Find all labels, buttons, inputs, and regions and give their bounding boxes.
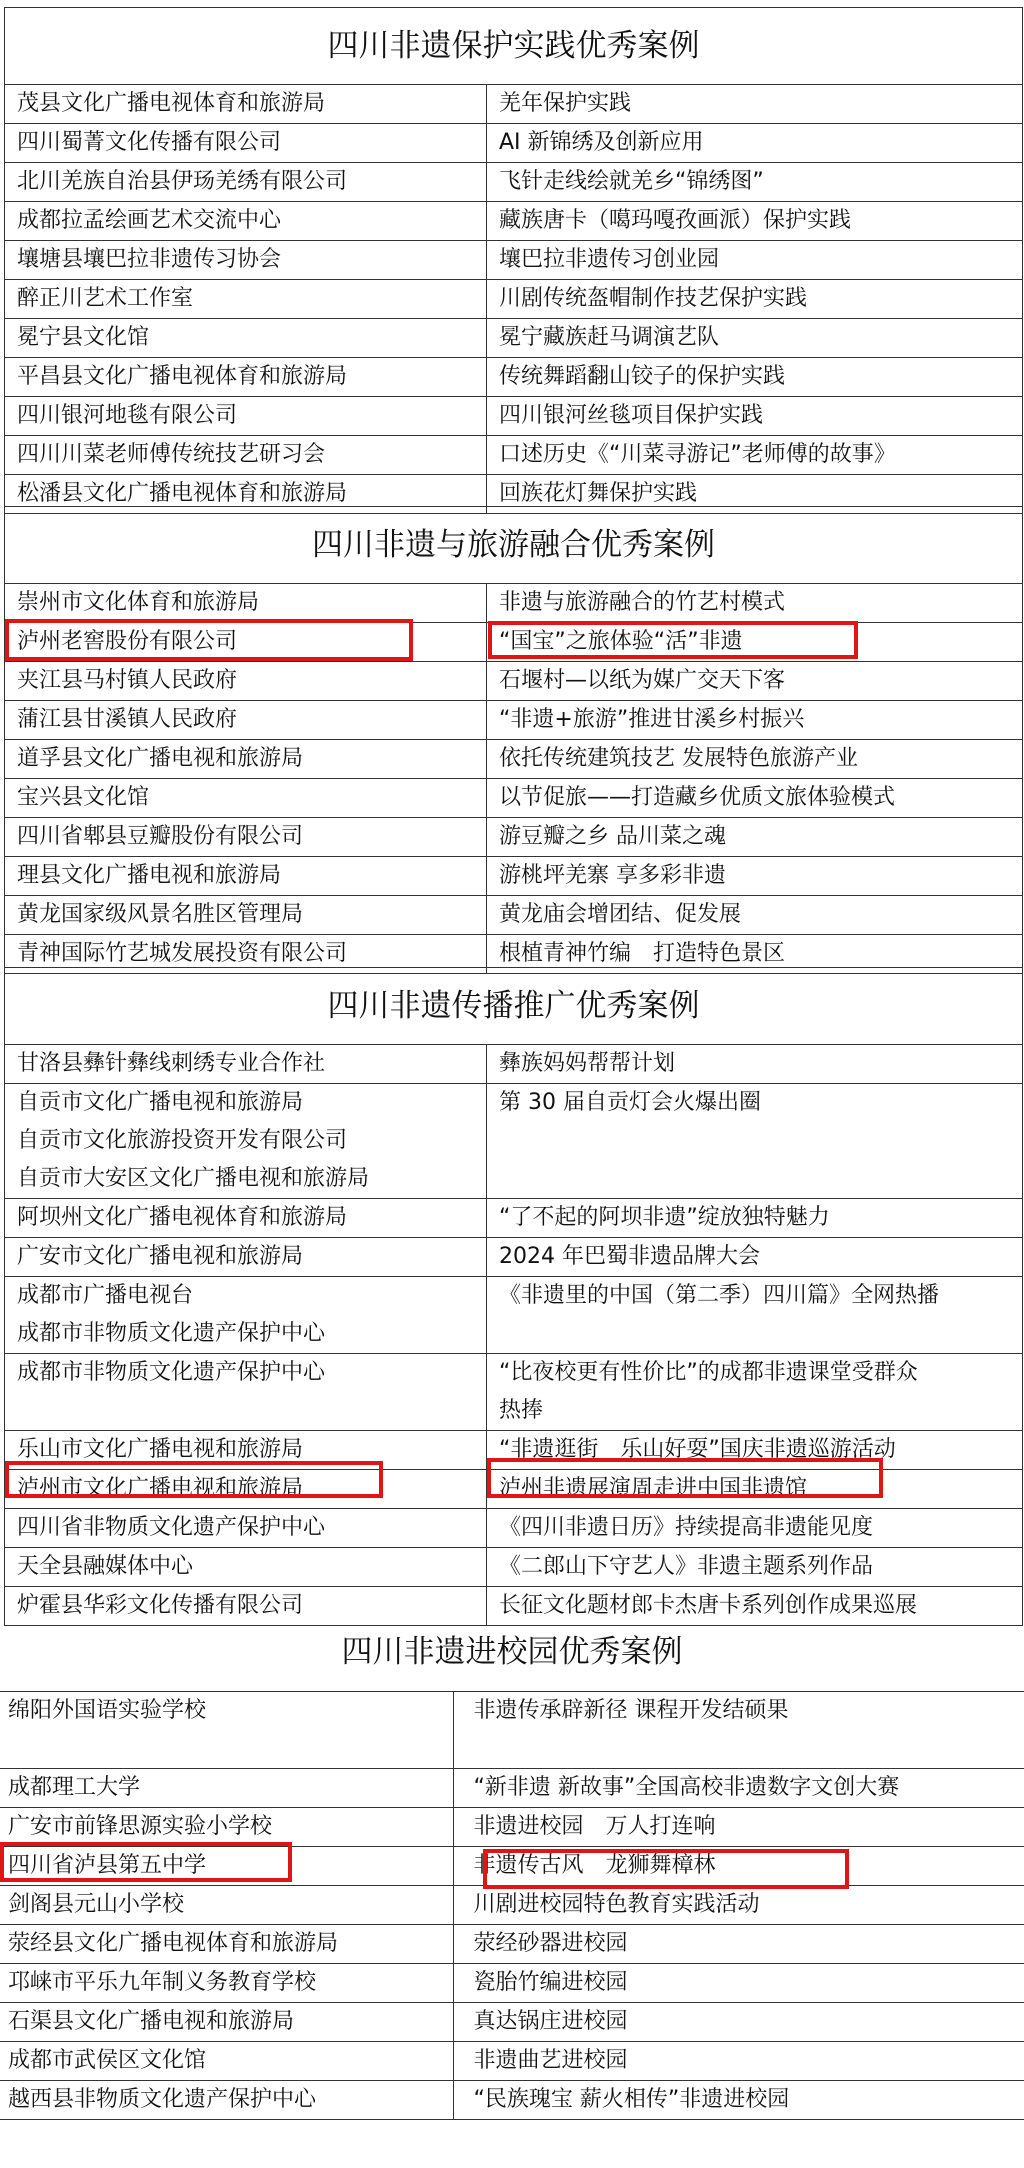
table-row: 蒲江县甘溪镇人民政府“非遗+旅游”推进甘溪乡村振兴 <box>5 701 1023 740</box>
table-row: 阿坝州文化广播电视体育和旅游局“了不起的阿坝非遗”绽放独特魅力 <box>5 1199 1023 1238</box>
org-line: 成都市广播电视台 <box>17 1277 486 1315</box>
table-row: 四川蜀菁文化传播有限公司AI 新锦绣及创新应用 <box>5 124 1023 163</box>
table-row: 自贡市文化广播电视和旅游局 自贡市文化旅游投资开发有限公司 自贡市大安区文化广播… <box>5 1084 1023 1199</box>
project-cell: 瓷胎竹编进校园 <box>453 1964 1024 2003</box>
project-cell: 石堰村—以纸为媒广交天下客 <box>487 662 1023 701</box>
org-cell: 壤塘县壤巴拉非遗传习协会 <box>5 241 487 280</box>
org-cell: 广安市前锋思源实验小学校 <box>0 1808 453 1847</box>
org-cell: 宝兴县文化馆 <box>5 779 487 818</box>
table-row: 石渠县文化广播电视和旅游局真达锅庄进校园 <box>0 2003 1024 2042</box>
table-row-highlighted: 泸州老窖股份有限公司“国宝”之旅体验“活”非遗 <box>5 623 1023 662</box>
table-row: 醉正川艺术工作室川剧传统盔帽制作技艺保护实践 <box>5 280 1023 319</box>
org-cell: 崇州市文化体育和旅游局 <box>5 584 487 623</box>
project-cell: 非遗曲艺进校园 <box>453 2042 1024 2081</box>
project-cell: “新非遗 新故事”全国高校非遗数字文创大赛 <box>453 1769 1024 1808</box>
table-row-highlighted: 泸州市文化广播电视和旅游局泸州非遗展演周走进中国非遗馆 <box>5 1470 1023 1509</box>
org-cell: 成都理工大学 <box>0 1769 453 1808</box>
org-cell: 越西县非物质文化遗产保护中心 <box>0 2081 453 2120</box>
project-cell: 游桃坪羌寨 享多彩非遗 <box>487 857 1023 896</box>
org-cell: 北川羌族自治县伊玚羌绣有限公司 <box>5 163 487 202</box>
project-cell: “了不起的阿坝非遗”绽放独特魅力 <box>487 1199 1023 1238</box>
project-line: 热捧 <box>499 1392 1022 1430</box>
table-row: 成都市武侯区文化馆非遗曲艺进校园 <box>0 2042 1024 2081</box>
org-cell: 成都市武侯区文化馆 <box>0 2042 453 2081</box>
table-row: 广安市前锋思源实验小学校非遗进校园 万人打连响 <box>0 1808 1024 1847</box>
table-row: 甘洛县彝针彝线刺绣专业合作社彝族妈妈帮帮计划 <box>5 1045 1023 1084</box>
section-title: 四川非遗进校园优秀案例 <box>0 1614 1024 1691</box>
table-row: 理县文化广播电视和旅游局游桃坪羌寨 享多彩非遗 <box>5 857 1023 896</box>
org-cell: 四川省非物质文化遗产保护中心 <box>5 1509 487 1548</box>
table-dissemination-promotion: 四川非遗传播推广优秀案例 甘洛县彝针彝线刺绣专业合作社彝族妈妈帮帮计划 自贡市文… <box>4 967 1023 1626</box>
project-cell: 口述历史《“川菜寻游记”老师傅的故事》 <box>487 436 1023 475</box>
org-cell: 阿坝州文化广播电视体育和旅游局 <box>5 1199 487 1238</box>
table-row: 宝兴县文化馆以节促旅——打造藏乡优质文旅体验模式 <box>5 779 1023 818</box>
org-line: 自贡市文化广播电视和旅游局 <box>17 1084 486 1122</box>
project-line: “比夜校更有性价比”的成都非遗课堂受群众 <box>499 1354 1022 1392</box>
project-cell: 《二郎山下守艺人》非遗主题系列作品 <box>487 1548 1023 1587</box>
org-cell: 四川蜀菁文化传播有限公司 <box>5 124 487 163</box>
org-cell: 乐山市文化广播电视和旅游局 <box>5 1431 487 1470</box>
project-cell: 第 30 届自贡灯会火爆出圈 <box>487 1084 1023 1199</box>
org-cell: 邛崃市平乐九年制义务教育学校 <box>0 1964 453 2003</box>
project-line: 《非遗里的中国（第二季）四川篇》全网热播 <box>499 1277 1022 1315</box>
project-cell: 非遗传古风 龙狮舞樟林 <box>453 1847 1024 1886</box>
org-cell: 四川省泸县第五中学 <box>0 1847 453 1886</box>
org-cell: 成都拉孟绘画艺术交流中心 <box>5 202 487 241</box>
section-title: 四川非遗保护实践优秀案例 <box>5 8 1023 85</box>
org-cell: 天全县融媒体中心 <box>5 1548 487 1587</box>
project-cell: 以节促旅——打造藏乡优质文旅体验模式 <box>487 779 1023 818</box>
project-cell: “非遗+旅游”推进甘溪乡村振兴 <box>487 701 1023 740</box>
project-cell: 依托传统建筑技艺 发展特色旅游产业 <box>487 740 1023 779</box>
org-cell: 四川银河地毯有限公司 <box>5 397 487 436</box>
project-cell: 《四川非遗日历》持续提高非遗能见度 <box>487 1509 1023 1548</box>
table-row: 成都市非物质文化遗产保护中心 “比夜校更有性价比”的成都非遗课堂受群众 热捧 <box>5 1354 1023 1431</box>
project-cell: 川剧传统盔帽制作技艺保护实践 <box>487 280 1023 319</box>
project-cell: 羌年保护实践 <box>487 85 1023 124</box>
project-cell: “比夜校更有性价比”的成都非遗课堂受群众 热捧 <box>487 1354 1023 1431</box>
org-cell: 蒲江县甘溪镇人民政府 <box>5 701 487 740</box>
org-cell: 冕宁县文化馆 <box>5 319 487 358</box>
org-cell: 广安市文化广播电视和旅游局 <box>5 1238 487 1277</box>
section-title: 四川非遗与旅游融合优秀案例 <box>5 507 1023 584</box>
org-cell: 道孚县文化广播电视和旅游局 <box>5 740 487 779</box>
project-cell: 黄龙庙会增团结、促发展 <box>487 896 1023 935</box>
table-row: 剑阁县元山小学校川剧进校园特色教育实践活动 <box>0 1886 1024 1925</box>
section-title: 四川非遗传播推广优秀案例 <box>5 968 1023 1045</box>
table-row: 荥经县文化广播电视体育和旅游局荥经砂器进校园 <box>0 1925 1024 1964</box>
org-line: 自贡市大安区文化广播电视和旅游局 <box>17 1160 486 1198</box>
project-cell: 非遗与旅游融合的竹艺村模式 <box>487 584 1023 623</box>
project-cell: 荥经砂器进校园 <box>453 1925 1024 1964</box>
org-cell: 石渠县文化广播电视和旅游局 <box>0 2003 453 2042</box>
project-line: 第 30 届自贡灯会火爆出圈 <box>499 1084 1022 1122</box>
project-cell: 冕宁藏族赶马调演艺队 <box>487 319 1023 358</box>
table-row: 北川羌族自治县伊玚羌绣有限公司飞针走线绘就羌乡“锦绣图” <box>5 163 1023 202</box>
org-cell: 荥经县文化广播电视体育和旅游局 <box>0 1925 453 1964</box>
table-row: 茂县文化广播电视体育和旅游局羌年保护实践 <box>5 85 1023 124</box>
project-cell: “国宝”之旅体验“活”非遗 <box>487 623 1023 662</box>
project-cell: “非遗逛街 乐山好耍”国庆非遗巡游活动 <box>487 1431 1023 1470</box>
org-cell: 甘洛县彝针彝线刺绣专业合作社 <box>5 1045 487 1084</box>
org-cell: 自贡市文化广播电视和旅游局 自贡市文化旅游投资开发有限公司 自贡市大安区文化广播… <box>5 1084 487 1199</box>
org-line: 成都市非物质文化遗产保护中心 <box>17 1354 486 1392</box>
project-cell: 藏族唐卡（噶玛嘎孜画派）保护实践 <box>487 202 1023 241</box>
org-cell: 黄龙国家级风景名胜区管理局 <box>5 896 487 935</box>
table-row: 夹江县马村镇人民政府石堰村—以纸为媒广交天下客 <box>5 662 1023 701</box>
project-cell: “民族瑰宝 薪火相传”非遗进校园 <box>453 2081 1024 2120</box>
project-cell: 真达锅庄进校园 <box>453 2003 1024 2042</box>
project-cell: 壤巴拉非遗传习创业园 <box>487 241 1023 280</box>
table-row: 绵阳外国语实验学校非遗传承辟新径 课程开发结硕果 <box>0 1692 1024 1769</box>
org-line: 自贡市文化旅游投资开发有限公司 <box>17 1122 486 1160</box>
table-row-highlighted: 四川省泸县第五中学非遗传古风 龙狮舞樟林 <box>0 1847 1024 1886</box>
org-cell: 泸州市文化广播电视和旅游局 <box>5 1470 487 1509</box>
table-row: 黄龙国家级风景名胜区管理局黄龙庙会增团结、促发展 <box>5 896 1023 935</box>
table-row: 广安市文化广播电视和旅游局2024 年巴蜀非遗品牌大会 <box>5 1238 1023 1277</box>
project-cell: 游豆瓣之乡 品川菜之魂 <box>487 818 1023 857</box>
project-cell: 彝族妈妈帮帮计划 <box>487 1045 1023 1084</box>
org-cell: 醉正川艺术工作室 <box>5 280 487 319</box>
project-cell: 非遗传承辟新径 课程开发结硕果 <box>453 1692 1024 1769</box>
table-row: 平昌县文化广播电视体育和旅游局传统舞蹈翻山铰子的保护实践 <box>5 358 1023 397</box>
org-cell: 理县文化广播电视和旅游局 <box>5 857 487 896</box>
org-line: 成都市非物质文化遗产保护中心 <box>17 1315 486 1353</box>
project-cell: 泸州非遗展演周走进中国非遗馆 <box>487 1470 1023 1509</box>
project-cell: 传统舞蹈翻山铰子的保护实践 <box>487 358 1023 397</box>
table-tourism-integration: 四川非遗与旅游融合优秀案例 崇州市文化体育和旅游局非遗与旅游融合的竹艺村模式 泸… <box>4 506 1023 974</box>
table-row: 成都理工大学“新非遗 新故事”全国高校非遗数字文创大赛 <box>0 1769 1024 1808</box>
org-cell: 绵阳外国语实验学校 <box>0 1692 453 1769</box>
table-campus: 绵阳外国语实验学校非遗传承辟新径 课程开发结硕果 成都理工大学“新非遗 新故事”… <box>0 1691 1024 2120</box>
table-row: 四川银河地毯有限公司四川银河丝毯项目保护实践 <box>5 397 1023 436</box>
project-cell: 《非遗里的中国（第二季）四川篇》全网热播 <box>487 1277 1023 1354</box>
project-cell: 川剧进校园特色教育实践活动 <box>453 1886 1024 1925</box>
table-row: 邛崃市平乐九年制义务教育学校瓷胎竹编进校园 <box>0 1964 1024 2003</box>
org-cell: 四川省郫县豆瓣股份有限公司 <box>5 818 487 857</box>
table-row: 天全县融媒体中心《二郎山下守艺人》非遗主题系列作品 <box>5 1548 1023 1587</box>
org-cell: 剑阁县元山小学校 <box>0 1886 453 1925</box>
table-row: 越西县非物质文化遗产保护中心“民族瑰宝 薪火相传”非遗进校园 <box>0 2081 1024 2120</box>
table-row: 四川省郫县豆瓣股份有限公司游豆瓣之乡 品川菜之魂 <box>5 818 1023 857</box>
table-row: 成都拉孟绘画艺术交流中心藏族唐卡（噶玛嘎孜画派）保护实践 <box>5 202 1023 241</box>
table-row: 成都市广播电视台 成都市非物质文化遗产保护中心 《非遗里的中国（第二季）四川篇》… <box>5 1277 1023 1354</box>
project-cell: 2024 年巴蜀非遗品牌大会 <box>487 1238 1023 1277</box>
table-row: 崇州市文化体育和旅游局非遗与旅游融合的竹艺村模式 <box>5 584 1023 623</box>
org-cell: 夹江县马村镇人民政府 <box>5 662 487 701</box>
org-cell: 成都市广播电视台 成都市非物质文化遗产保护中心 <box>5 1277 487 1354</box>
project-cell: 四川银河丝毯项目保护实践 <box>487 397 1023 436</box>
project-cell: AI 新锦绣及创新应用 <box>487 124 1023 163</box>
table-row: 乐山市文化广播电视和旅游局“非遗逛街 乐山好耍”国庆非遗巡游活动 <box>5 1431 1023 1470</box>
org-cell: 四川川菜老师傅传统技艺研习会 <box>5 436 487 475</box>
project-cell: 非遗进校园 万人打连响 <box>453 1808 1024 1847</box>
org-cell: 成都市非物质文化遗产保护中心 <box>5 1354 487 1431</box>
org-cell: 茂县文化广播电视体育和旅游局 <box>5 85 487 124</box>
table-row: 壤塘县壤巴拉非遗传习协会壤巴拉非遗传习创业园 <box>5 241 1023 280</box>
table-protection-practice: 四川非遗保护实践优秀案例 茂县文化广播电视体育和旅游局羌年保护实践 四川蜀菁文化… <box>4 7 1023 514</box>
table-row: 四川省非物质文化遗产保护中心《四川非遗日历》持续提高非遗能见度 <box>5 1509 1023 1548</box>
table-row: 道孚县文化广播电视和旅游局依托传统建筑技艺 发展特色旅游产业 <box>5 740 1023 779</box>
org-cell: 泸州老窖股份有限公司 <box>5 623 487 662</box>
table-row: 冕宁县文化馆冕宁藏族赶马调演艺队 <box>5 319 1023 358</box>
org-cell: 平昌县文化广播电视体育和旅游局 <box>5 358 487 397</box>
project-cell: 飞针走线绘就羌乡“锦绣图” <box>487 163 1023 202</box>
table-row: 四川川菜老师傅传统技艺研习会口述历史《“川菜寻游记”老师傅的故事》 <box>5 436 1023 475</box>
